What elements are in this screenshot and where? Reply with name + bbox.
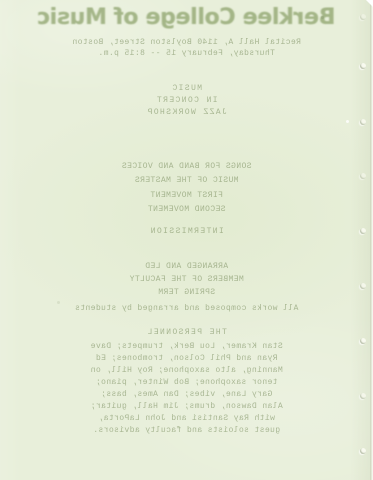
scan-speck <box>57 301 60 304</box>
scan-corner <box>366 0 373 7</box>
program-opening-line: JAZZ WORKSHOP <box>2 108 371 118</box>
personnel-line: Alan Dawson, drums; Jim Hall, guitar; <box>2 402 371 412</box>
personnel-line: guest soloists and faculty advisors. <box>2 426 371 436</box>
program-piece: SECOND MOVEMENT <box>2 205 371 215</box>
personnel-line: Manning, alto saxophone; Roy Hill, on <box>2 366 371 376</box>
personnel-line: Stan Kramer, Lou Berk, trumpets; Dave <box>2 342 371 352</box>
binding-hole <box>360 393 366 399</box>
binding-hole <box>360 448 366 454</box>
venue-line: Recital Hall A, 1140 Boylston Street, Bo… <box>2 38 371 48</box>
binding-hole <box>360 228 366 234</box>
program-piece: ARRANGED AND LED <box>2 262 371 272</box>
bleedthrough-layer: Berklee College of Music Recital Hall A,… <box>0 0 373 480</box>
scan-speck <box>346 120 349 123</box>
program-piece: MEMBERS OF THE FACULTY <box>2 275 371 285</box>
intermission-label: INTERMISSION <box>2 227 371 237</box>
program-piece: MUSIC OF THE MASTERS <box>2 176 371 186</box>
personnel-line: Ryan and Phil Colson, trombones; Ed <box>2 354 371 364</box>
program-piece: SONGS FOR BAND AND VOICES <box>2 162 371 172</box>
personnel-line: tenor saxophone; Bob Winter, piano; <box>2 378 371 388</box>
date-line: Thursday, February 15 -- 8:15 p.m. <box>2 49 371 59</box>
binding-hole <box>360 119 366 125</box>
program-opening-line: MUSIC <box>2 84 371 94</box>
program-piece: SPRING TERM <box>2 288 371 298</box>
binding-hole <box>360 338 366 344</box>
program-piece: FIRST MOVEMENT <box>2 191 371 201</box>
binding-hole <box>360 173 366 179</box>
binding-hole <box>360 63 366 69</box>
personnel-line: with Ray Santisi and John LaPorta, <box>2 414 371 424</box>
credit-line: All works composed and arranged by stude… <box>2 304 371 314</box>
masthead-logotype: Berklee College of Music <box>2 6 371 30</box>
binding-hole <box>360 283 366 289</box>
scanned-program-page: Berklee College of Music Recital Hall A,… <box>0 0 373 480</box>
scan-speck <box>321 16 324 19</box>
program-opening-line: IN CONCERT <box>2 96 371 106</box>
personnel-heading: THE PERSONNEL <box>2 328 371 338</box>
binding-hole <box>360 14 366 20</box>
personnel-line: Gary Lane, vibes; Dan Ames, bass; <box>2 390 371 400</box>
